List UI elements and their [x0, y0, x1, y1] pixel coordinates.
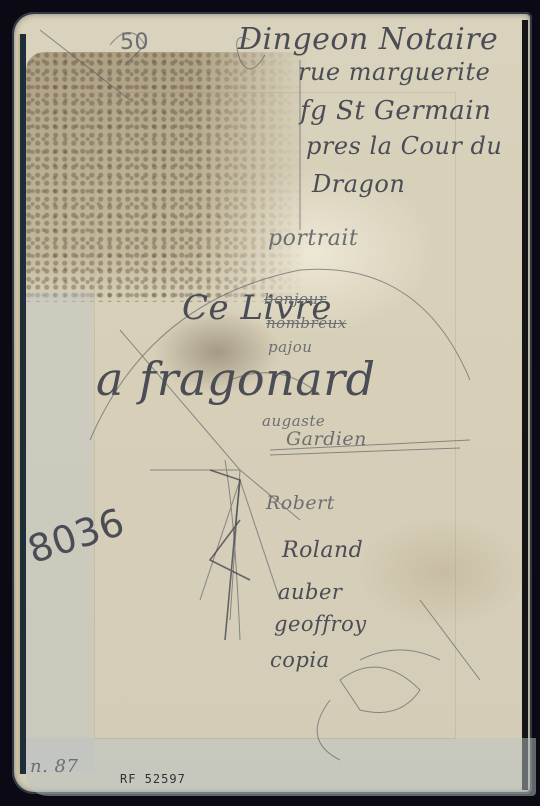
name-auber: auber: [278, 580, 342, 604]
overwritten-word-2: nombreux: [266, 314, 347, 332]
address-line-5: Dragon: [312, 170, 405, 198]
overwritten-word-5: Gardien: [286, 428, 367, 450]
title-line-2: a fragonard: [96, 352, 376, 406]
address-line-3: fg St Germain: [300, 96, 491, 126]
address-line-2: rue marguerite: [298, 58, 490, 86]
address-line-4: pres la Cour du: [306, 132, 502, 160]
name-geoffroy: geoffroy: [274, 612, 367, 636]
bottom-left-mark: n. 87: [30, 756, 78, 777]
top-left-mark: 50: [120, 30, 149, 55]
address-line-1: Dingeon Notaire: [238, 22, 498, 57]
overwritten-word-1: bonjour: [264, 290, 326, 308]
note-portrait: portrait: [268, 226, 358, 251]
name-robert: Robert: [266, 492, 335, 514]
name-roland: Roland: [282, 538, 363, 563]
name-copia: copia: [270, 648, 330, 672]
collection-stamp: RF 52597: [120, 772, 186, 786]
